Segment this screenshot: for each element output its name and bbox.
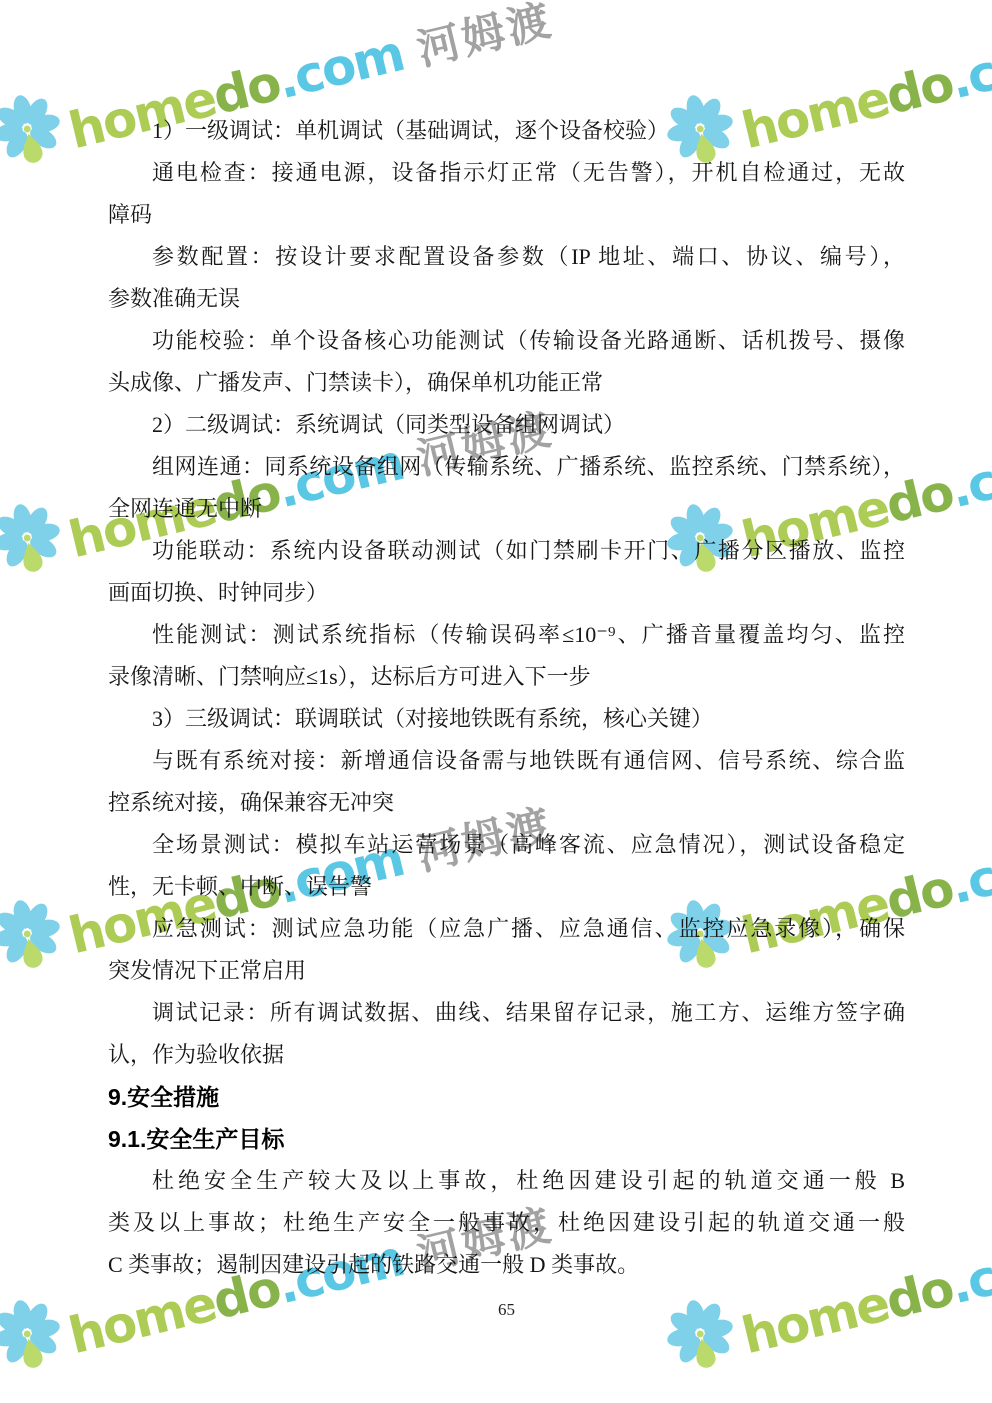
text-line: C 类事故；遏制因建设引起的铁路交通一般 D 类事故。: [108, 1244, 905, 1286]
text-line: 通电检查：接通电源，设备指示灯正常（无告警），开机自检通过，无故: [108, 152, 905, 194]
text-line: 录像清晰、门禁响应≤1s），达标后方可进入下一步: [108, 656, 905, 698]
text-line: 杜绝安全生产较大及以上事故，杜绝因建设引起的轨道交通一般 B: [108, 1160, 905, 1202]
page-number: 65: [108, 1300, 905, 1320]
section-heading: 9.安全措施: [108, 1076, 905, 1118]
text-line: 调试记录：所有调试数据、曲线、结果留存记录，施工方、运维方签字确: [108, 992, 905, 1034]
text-line: 组网连通：同系统设备组网（传输系统、广播系统、监控系统、门禁系统），: [108, 446, 905, 488]
homedo-flower-icon: [0, 890, 71, 984]
text-line: 性能测试：测试系统指标（传输误码率≤10⁻⁹、广播音量覆盖均匀、监控: [108, 614, 905, 656]
text-line: 突发情况下正常启用: [108, 950, 905, 992]
text-line: 类及以上事故；杜绝生产安全一般事故，杜绝因建设引起的轨道交通一般: [108, 1202, 905, 1244]
text-line: 1）一级调试：单机调试（基础调试，逐个设备校验）: [108, 110, 905, 152]
text-line: 头成像、广播发声、门禁读卡），确保单机功能正常: [108, 362, 905, 404]
text-line: 障码: [108, 194, 905, 236]
homedo-flower-icon: [0, 494, 71, 588]
text-line: 认，作为验收依据: [108, 1034, 905, 1076]
text-line: 2）二级调试：系统调试（同类型设备组网调试）: [108, 404, 905, 446]
section-heading: 9.1.安全生产目标: [108, 1118, 905, 1160]
document-page: home do .com 河姆渡 home do .com 河姆渡: [0, 0, 992, 1403]
text-line: 性，无卡顿、中断、误告警: [108, 866, 905, 908]
text-line: 应急测试：测试应急功能（应急广播、应急通信、监控应急录像），确保: [108, 908, 905, 950]
text-line: 参数配置：按设计要求配置设备参数（IP 地址、端口、协议、编号），: [108, 236, 905, 278]
homedo-flower-icon: [0, 85, 71, 179]
text-line: 功能校验：单个设备核心功能测试（传输设备光路通断、话机拨号、摄像: [108, 320, 905, 362]
text-line: 参数准确无误: [108, 278, 905, 320]
text-line: 全场景测试：模拟车站运营场景（高峰客流、应急情况），测试设备稳定: [108, 824, 905, 866]
text-line: 功能联动：系统内设备联动测试（如门禁刷卡开门、广播分区播放、监控: [108, 530, 905, 572]
homedo-wordmark-com: .com: [271, 24, 408, 110]
text-line: 3）三级调试：联调联试（对接地铁既有系统，核心关键）: [108, 698, 905, 740]
text-line: 控系统对接，确保兼容无冲突: [108, 782, 905, 824]
text-line: 与既有系统对接：新增通信设备需与地铁既有通信网、信号系统、综合监: [108, 740, 905, 782]
document-content: 1）一级调试：单机调试（基础调试，逐个设备校验）通电检查：接通电源，设备指示灯正…: [108, 110, 905, 1286]
homedo-flower-icon: [0, 1290, 71, 1384]
text-line: 全网连通无中断: [108, 488, 905, 530]
homedo-wordmark-chinese: 河姆渡: [410, 0, 558, 77]
text-line: 画面切换、时钟同步）: [108, 572, 905, 614]
